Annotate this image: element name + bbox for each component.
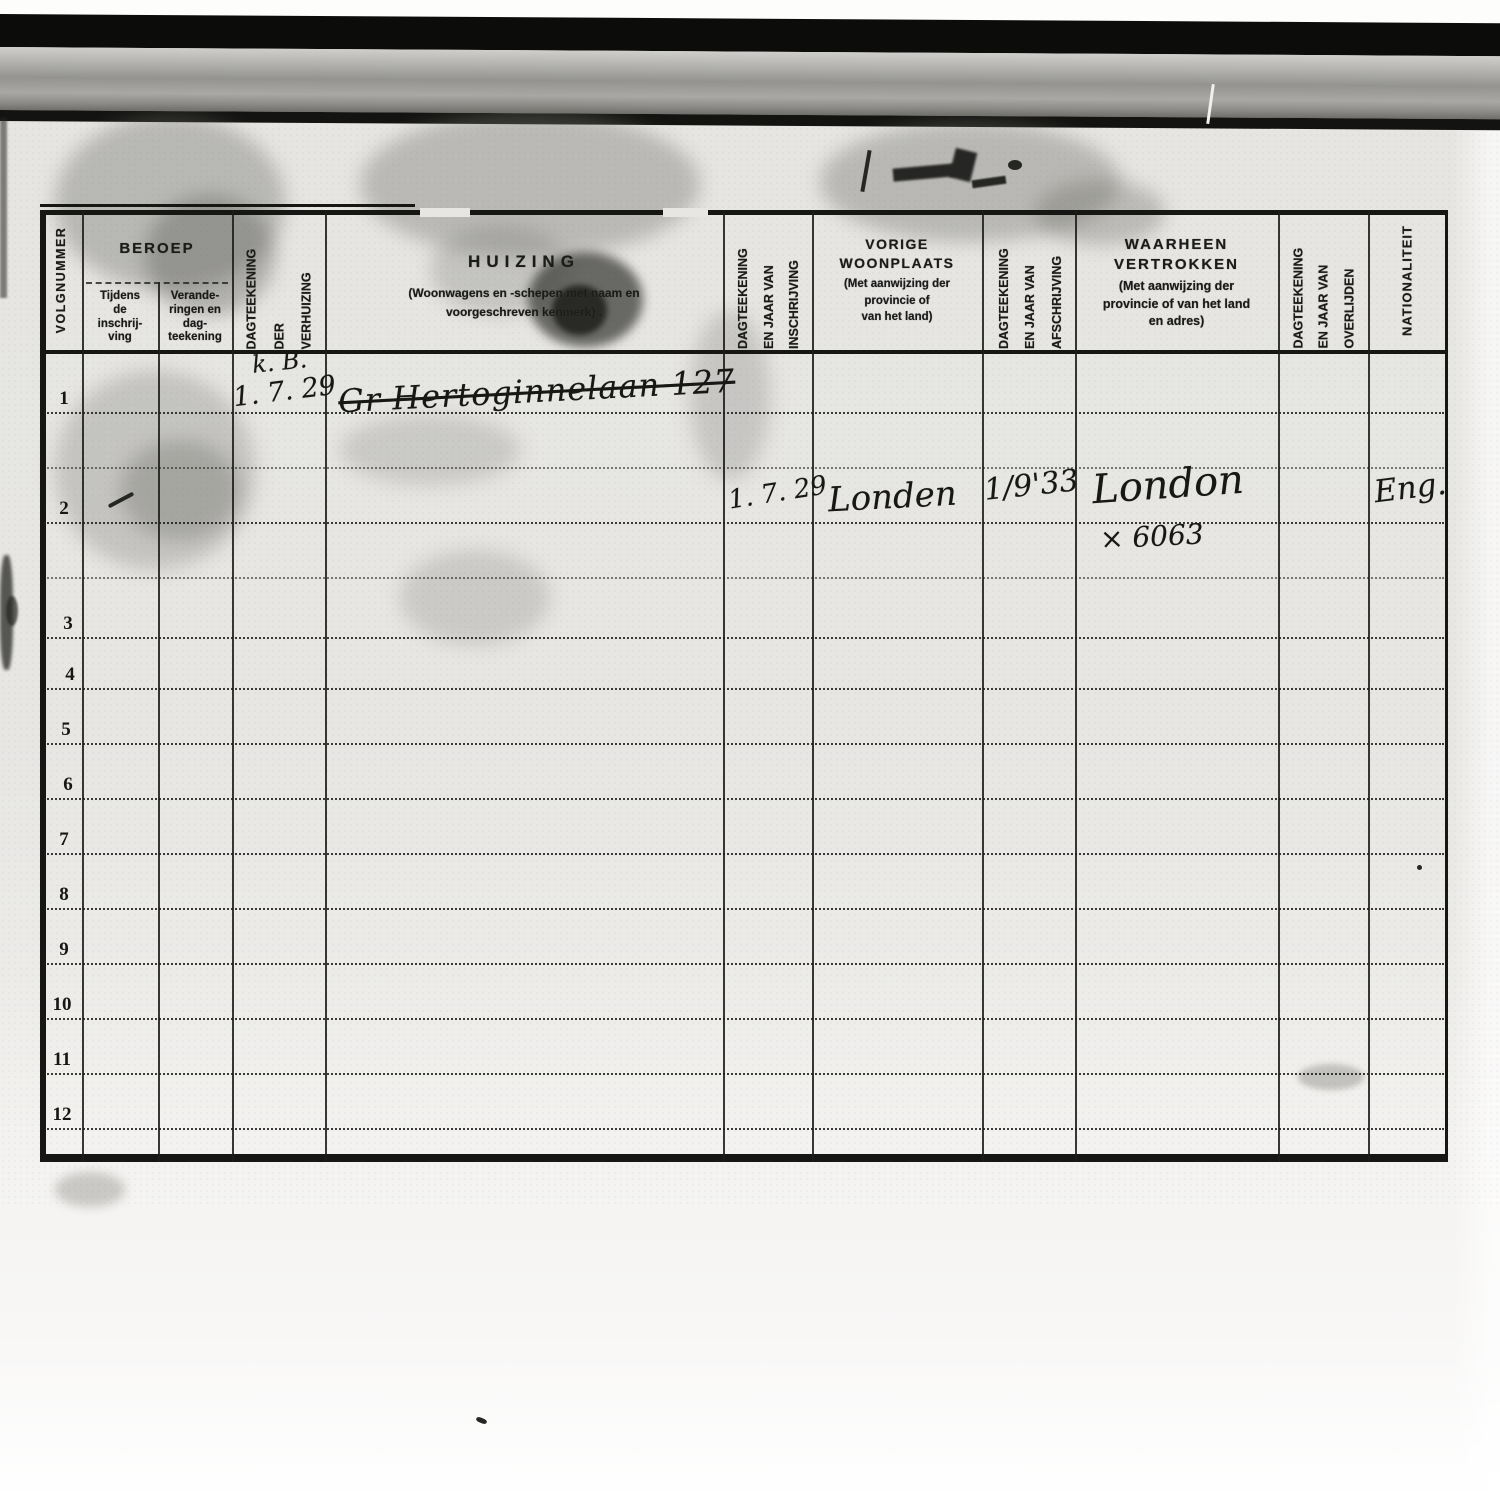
row-number: 6 <box>50 774 86 796</box>
row-number: 3 <box>50 613 86 635</box>
column-header-volgnummer: VOLGNUMMER <box>40 210 82 350</box>
column-header-nationaliteit: NATIONALITEIT <box>1368 210 1445 350</box>
column-header-beroep-veranderingen: Verande- ringen en dag- teekening <box>158 290 232 345</box>
border-gap <box>420 208 470 217</box>
scan-edge-mark <box>0 118 7 298</box>
row-rule <box>44 853 1444 855</box>
row-number: 10 <box>44 994 80 1016</box>
column-header-dagteekening-verhuizing: DAGTEEKENING DER VERHUIZING <box>232 210 325 350</box>
column-header-waarheen-vertrokken: WAARHEEN VERTROKKEN <box>1075 235 1278 274</box>
row-number: 4 <box>52 664 88 686</box>
row-rule <box>44 522 1444 524</box>
row-rule <box>44 412 1444 414</box>
row-rule <box>44 688 1444 690</box>
column-header-huizing-sub: (Woonwagens en -schepen met naam en voor… <box>345 284 703 321</box>
row-rule <box>44 637 1444 639</box>
table-border-top-double <box>40 204 415 207</box>
beroep-divider <box>86 282 228 284</box>
row-number: 5 <box>48 719 84 741</box>
column-header-dagteekening-overlijden-label: DAGTEEKENING EN JAAR VAN OVERLIJDEN <box>1280 209 1370 352</box>
column-line <box>158 282 160 1162</box>
scan-edge-mark <box>6 596 18 626</box>
table-border-bottom <box>40 1154 1448 1162</box>
row-number: 1 <box>46 388 82 410</box>
row-rule <box>44 743 1444 745</box>
column-header-beroep: BEROEP <box>82 240 232 257</box>
row-rule <box>44 1018 1444 1020</box>
column-header-vorige-woonplaats: VORIGE WOONPLAATS <box>812 235 982 273</box>
row-number: 12 <box>44 1104 80 1126</box>
ink-mark <box>1008 160 1022 170</box>
row-rule <box>44 1073 1444 1075</box>
column-header-dagteekening-inschrijving-label: DAGTEEKENING EN JAAR VAN INSCHRIJVING <box>725 209 814 352</box>
handwriting-row2-vorige-woonplaats: Londen <box>827 474 958 521</box>
column-header-waarheen-vertrokken-sub: (Met aanwijzing der provincie of van het… <box>1080 278 1273 331</box>
column-header-dagteekening-verhuizing-label: DAGTEEKENING DER VERHUIZING <box>233 209 326 351</box>
row-rule <box>44 908 1444 910</box>
row-rule <box>44 1128 1444 1130</box>
column-header-dagteekening-inschrijving: DAGTEEKENING EN JAAR VAN INSCHRIJVING <box>723 210 812 350</box>
column-header-dagteekening-afschrijving-label: DAGTEEKENING EN JAAR VAN AFSCHRIJVING <box>984 209 1077 352</box>
border-gap <box>663 208 708 217</box>
row-rule <box>44 798 1444 800</box>
column-header-dagteekening-overlijden: DAGTEEKENING EN JAAR VAN OVERLIJDEN <box>1278 210 1368 350</box>
row-number: 9 <box>46 939 82 961</box>
column-header-volgnummer-label: VOLGNUMMER <box>40 210 82 350</box>
scanned-register-page: VOLGNUMMER BEROEP Tijdens de inschrij- v… <box>0 0 1500 1500</box>
row-number: 7 <box>46 829 82 851</box>
stray-dot <box>1417 865 1422 870</box>
row-number: 8 <box>46 884 82 906</box>
column-header-nationaliteit-label: NATIONALITEIT <box>1368 210 1445 350</box>
row-number: 2 <box>46 498 82 520</box>
stain <box>55 1172 125 1207</box>
book-edge-gray-band <box>0 47 1500 119</box>
row-rule <box>44 577 1444 579</box>
column-header-huizing: HUIZING <box>325 252 723 272</box>
row-rule <box>44 963 1444 965</box>
column-header-beroep-tijdens: Tijdens de inschrij- ving <box>82 290 158 345</box>
column-header-dagteekening-afschrijving: DAGTEEKENING EN JAAR VAN AFSCHRIJVING <box>982 210 1075 350</box>
column-header-vorige-woonplaats-sub: (Met aanwijzing der provincie of van het… <box>816 276 978 326</box>
row-number: 11 <box>44 1049 80 1071</box>
handwriting-row2-waarheen-note: × 6063 <box>1099 517 1204 555</box>
